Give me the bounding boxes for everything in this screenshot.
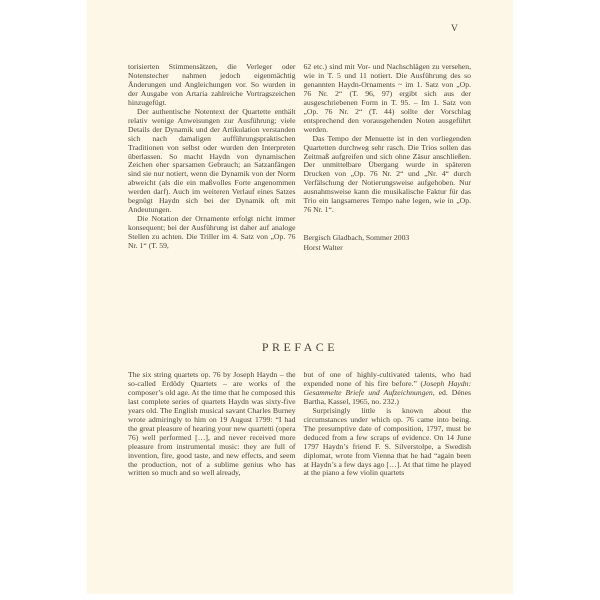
german-right-column-text: 62 etc.) sind mit Vor- und Nachschlägen … xyxy=(304,63,472,215)
text-paragraph: but of one of highly-cultivated talents,… xyxy=(304,371,472,407)
preface-right-column: but of one of highly-cultivated talents,… xyxy=(304,371,472,478)
page-backdrop: { "page": { "number": "V" }, "colors": {… xyxy=(0,0,600,600)
page-number: V xyxy=(451,24,458,34)
text-paragraph: torisierten Stimmensätzen, die Verleger … xyxy=(128,63,296,108)
preface-heading: PREFACE xyxy=(87,340,513,355)
text-run: Der authentische Notentext der Quartette… xyxy=(128,107,296,214)
signoff-block: Bergisch Gladbach, Sommer 2003 Horst Wal… xyxy=(304,233,472,252)
text-run: torisierten Stimmensätzen, die Verleger … xyxy=(128,62,296,107)
text-paragraph: Das Tempo der Menuette ist in den vorlie… xyxy=(304,135,472,216)
text-paragraph: Die Notation der Ornamente erfolgt nicht… xyxy=(128,215,296,251)
signoff-author-name: Horst Walter xyxy=(304,243,472,252)
text-paragraph: 62 etc.) sind mit Vor- und Nachschlägen … xyxy=(304,63,472,135)
german-left-column: torisierten Stimmensätzen, die Verleger … xyxy=(128,63,296,252)
text-paragraph: Der authentische Notentext der Quartette… xyxy=(128,108,296,215)
text-run: Das Tempo der Menuette ist in den vorlie… xyxy=(304,134,472,215)
signoff-place-date: Bergisch Gladbach, Sommer 2003 xyxy=(304,233,472,242)
text-run: The six string quartets op. 76 by Joseph… xyxy=(128,370,296,477)
text-paragraph: Surprisingly little is known about the c… xyxy=(304,407,472,479)
preface-left-column: The six string quartets op. 76 by Joseph… xyxy=(128,371,296,478)
text-run: Die Notation der Ornamente erfolgt nicht… xyxy=(128,214,296,250)
text-run: Surprisingly little is known about the c… xyxy=(304,406,472,478)
german-right-column: 62 etc.) sind mit Vor- und Nachschlägen … xyxy=(304,63,472,252)
book-page: V torisierten Stimmensätzen, die Verlege… xyxy=(87,0,513,594)
german-text-section: torisierten Stimmensätzen, die Verleger … xyxy=(128,63,471,252)
text-run: 62 etc.) sind mit Vor- und Nachschlägen … xyxy=(304,62,472,134)
preface-text-section: The six string quartets op. 76 by Joseph… xyxy=(128,371,471,478)
text-paragraph: The six string quartets op. 76 by Joseph… xyxy=(128,371,296,478)
